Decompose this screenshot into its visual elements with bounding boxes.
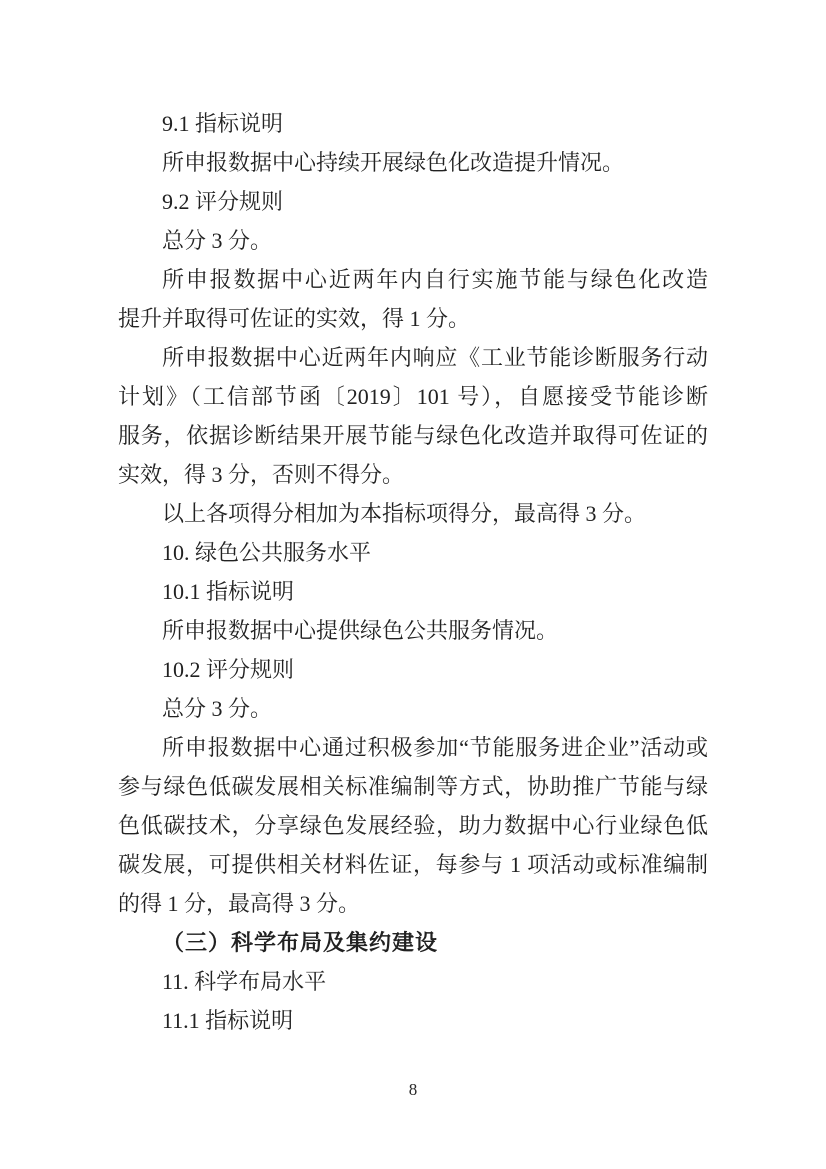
text-line: 以上各项得分相加为本指标项得分，最高得 3 分。 bbox=[118, 494, 708, 533]
text-line: 所申报数据中心近两年内响应《工业节能诊断服务行动 bbox=[118, 338, 708, 377]
text-line: 计划》（工信部节函〔2019〕101 号），自愿接受节能诊断 bbox=[118, 377, 708, 416]
text-line: 所申报数据中心近两年内自行实施节能与绿色化改造 bbox=[118, 260, 708, 299]
text-line: 所申报数据中心通过积极参加“节能服务进企业”活动或 bbox=[118, 728, 708, 767]
text-line: 10. 绿色公共服务水平 bbox=[118, 533, 708, 572]
text-line: 的得 1 分，最高得 3 分。 bbox=[118, 884, 708, 923]
text-line: 参与绿色低碳发展相关标准编制等方式，协助推广节能与绿 bbox=[118, 767, 708, 806]
section-heading: （三）科学布局及集约建设 bbox=[118, 923, 708, 962]
text-line: 11.1 指标说明 bbox=[118, 1001, 708, 1040]
text-line: 实效，得 3 分，否则不得分。 bbox=[118, 455, 708, 494]
text-line: 9.1 指标说明 bbox=[118, 104, 708, 143]
document-page: 9.1 指标说明所申报数据中心持续开展绿色化改造提升情况。9.2 评分规则总分 … bbox=[0, 0, 826, 1169]
text-line: 提升并取得可佐证的实效，得 1 分。 bbox=[118, 299, 708, 338]
page-number: 8 bbox=[0, 1077, 826, 1103]
text-line: 服务，依据诊断结果开展节能与绿色化改造并取得可佐证的 bbox=[118, 416, 708, 455]
document-body: 9.1 指标说明所申报数据中心持续开展绿色化改造提升情况。9.2 评分规则总分 … bbox=[118, 104, 708, 1040]
text-line: 9.2 评分规则 bbox=[118, 182, 708, 221]
text-line: 总分 3 分。 bbox=[118, 221, 708, 260]
text-line: 所申报数据中心提供绿色公共服务情况。 bbox=[118, 611, 708, 650]
text-line: 11. 科学布局水平 bbox=[118, 962, 708, 1001]
text-line: 所申报数据中心持续开展绿色化改造提升情况。 bbox=[118, 143, 708, 182]
text-line: 碳发展，可提供相关材料佐证，每参与 1 项活动或标准编制 bbox=[118, 845, 708, 884]
text-line: 10.2 评分规则 bbox=[118, 650, 708, 689]
text-line: 10.1 指标说明 bbox=[118, 572, 708, 611]
text-line: 总分 3 分。 bbox=[118, 689, 708, 728]
text-line: 色低碳技术，分享绿色发展经验，助力数据中心行业绿色低 bbox=[118, 806, 708, 845]
